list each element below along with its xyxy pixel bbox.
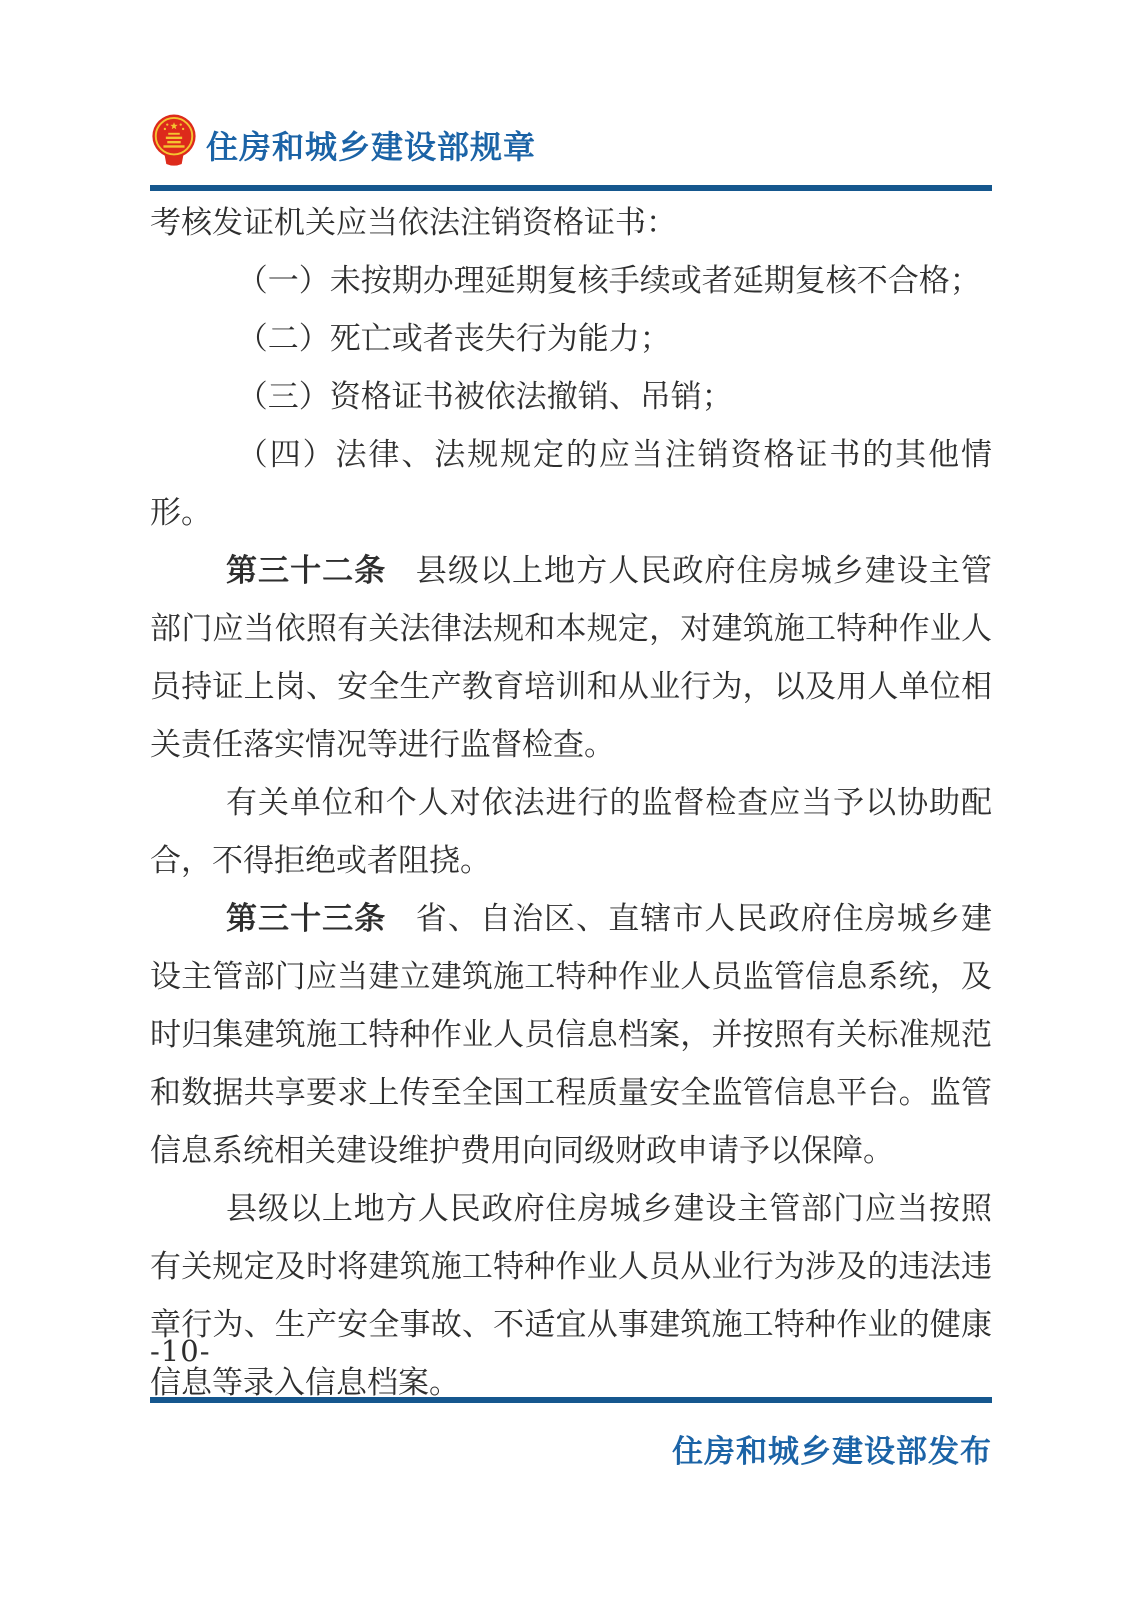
article-33-paragraph-2: 县级以上地方人民政府住房城乡建设主管部门应当按照有关规定及时将建筑施工特种作业人… (150, 1180, 992, 1412)
list-item-1: （一）未按期办理延期复核手续或者延期复核不合格； (150, 252, 992, 310)
header-title: 住房和城乡建设部规章 (206, 122, 536, 168)
paragraph-continuation: 考核发证机关应当依法注销资格证书： (150, 194, 992, 252)
list-item-3: （三）资格证书被依法撤销、吊销； (150, 368, 992, 426)
footer-publisher: 住房和城乡建设部发布 (672, 1426, 992, 1471)
article-32-number: 第三十二条 (226, 553, 386, 589)
article-33-paragraph: 第三十三条省、自治区、直辖市人民政府住房城乡建设主管部门应当建立建筑施工特种作业… (150, 890, 992, 1180)
footer-rule (150, 1397, 992, 1403)
national-emblem-icon (150, 113, 198, 167)
header-rule (150, 185, 992, 191)
article-32-paragraph: 第三十二条县级以上地方人民政府住房城乡建设主管部门应当依照有关法律法规和本规定，… (150, 542, 992, 774)
document-page: 住房和城乡建设部规章 考核发证机关应当依法注销资格证书： （一）未按期办理延期复… (0, 0, 1131, 1600)
article-33-number: 第三十三条 (226, 901, 386, 937)
article-33-text: 省、自治区、直辖市人民政府住房城乡建设主管部门应当建立建筑施工特种作业人员监管信… (150, 901, 992, 1169)
article-32-paragraph-2: 有关单位和个人对依法进行的监督检查应当予以协助配合，不得拒绝或者阻挠。 (150, 774, 992, 890)
page-number: -10- (150, 1334, 211, 1368)
list-item-2: （二）死亡或者丧失行为能力； (150, 310, 992, 368)
list-item-4: （四）法律、法规规定的应当注销资格证书的其他情形。 (150, 426, 992, 542)
document-body: 考核发证机关应当依法注销资格证书： （一）未按期办理延期复核手续或者延期复核不合… (150, 194, 992, 1412)
